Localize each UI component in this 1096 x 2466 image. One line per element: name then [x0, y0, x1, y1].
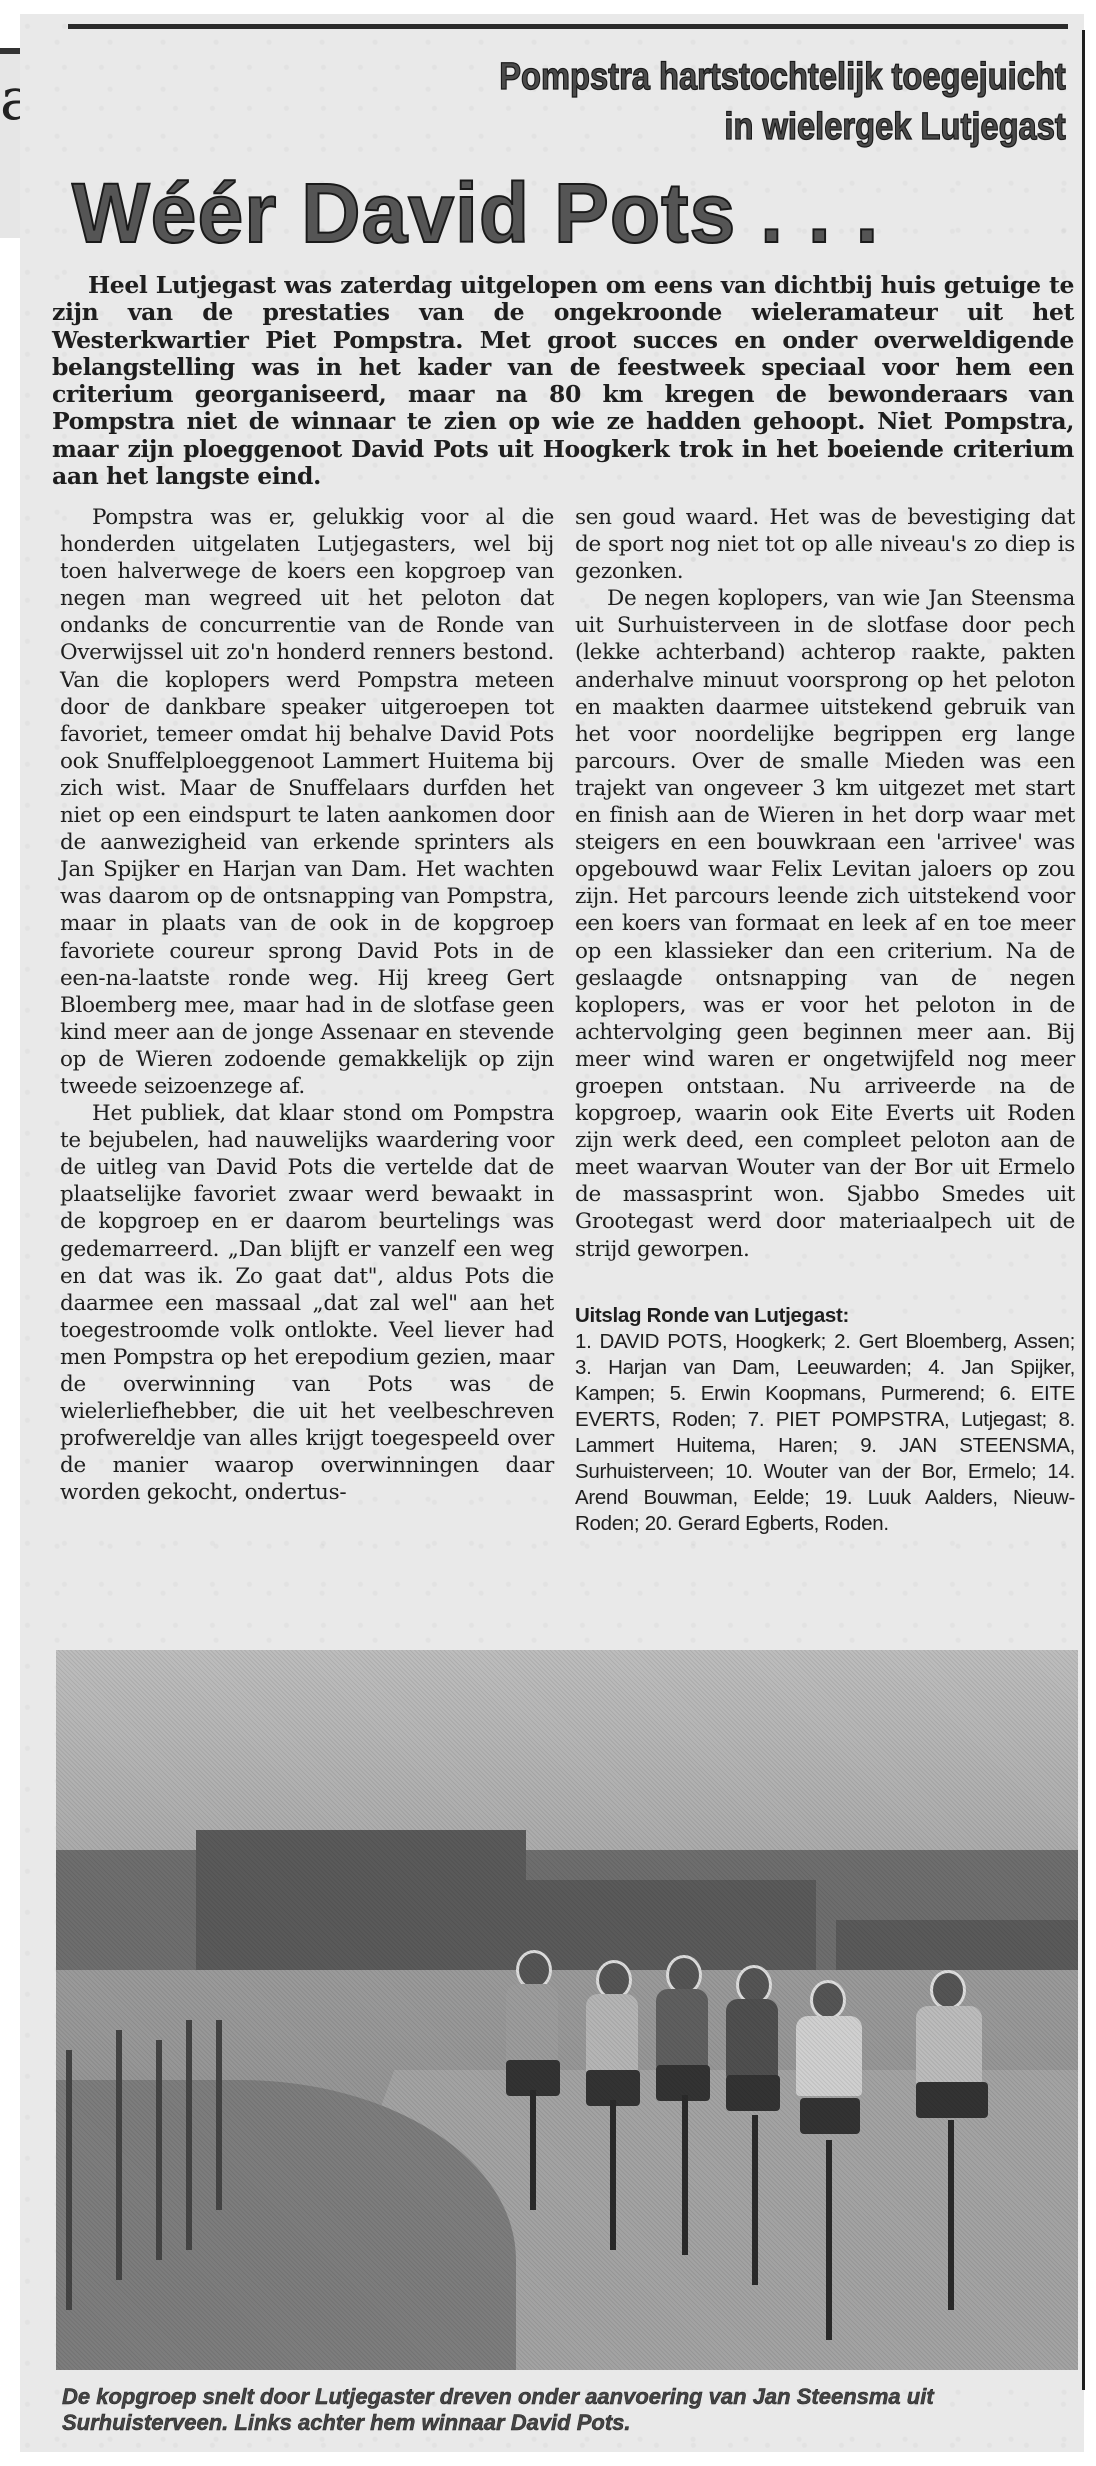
body-paragraph: sen goud waard. Het was de bevestiging d… [575, 504, 1075, 585]
lead-paragraph: Heel Lutjegast was zaterdag uitgelopen o… [52, 272, 1074, 490]
top-rule [68, 24, 1068, 29]
race-results: Uitslag Ronde van Lutjegast: 1. DAVID PO… [575, 1303, 1075, 1537]
body-paragraph: De negen koplopers, van wie Jan Steensma… [575, 585, 1075, 1262]
results-heading: Uitslag Ronde van Lutjegast: [575, 1303, 1075, 1329]
kicker-line-1: Pompstra hartstochtelijk toegejuicht [499, 52, 1066, 102]
main-headline: Wéér David Pots . . . [72, 168, 879, 258]
body-paragraph: Het publiek, dat klaar stond om Pompstra… [60, 1100, 554, 1506]
body-paragraph: Pompstra was er, gelukkig voor al die ho… [60, 504, 554, 1100]
kicker-line-2: in wielergek Lutjegast [499, 102, 1066, 152]
photo-caption: De kopgroep snelt door Lutjegaster dreve… [62, 2384, 1072, 2436]
photo-halftone [56, 1650, 1078, 2370]
results-list: 1. DAVID POTS, Hoogkerk; 2. Gert Bloembe… [575, 1330, 1075, 1535]
body-column-left: Pompstra was er, gelukkig voor al die ho… [60, 504, 554, 1506]
cyclists-photo [56, 1650, 1078, 2370]
body-column-right: sen goud waard. Het was de bevestiging d… [575, 504, 1075, 1537]
kicker-headline: Pompstra hartstochtelijk toegejuicht in … [499, 52, 1066, 152]
right-column-rule [1082, 30, 1085, 2390]
